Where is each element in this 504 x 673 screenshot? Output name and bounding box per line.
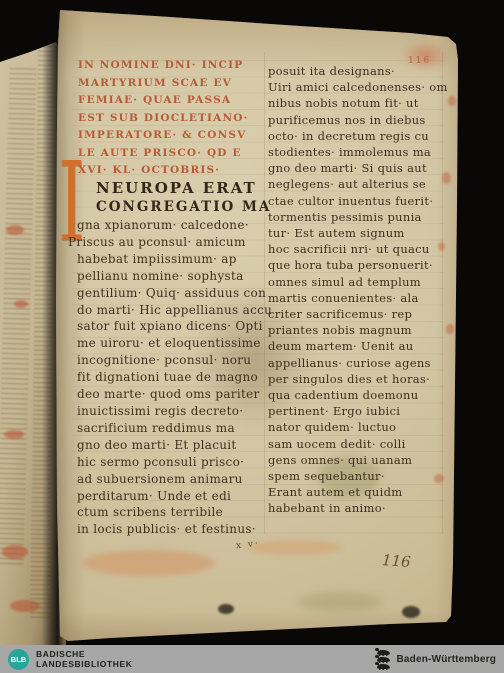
text-line: per singulos dies et horas·: [268, 371, 458, 387]
text-line: inuictissimi regis decreto·: [77, 403, 267, 420]
text-line: habebant in animo·: [268, 500, 458, 516]
right-text-column: posuit ita designans· Uiri amici calcedo…: [268, 63, 458, 517]
text-line: sator fuit xpiano dicens· Opti: [77, 318, 267, 335]
baden-wuerttemberg-lions-icon: [377, 650, 390, 669]
stain: [298, 592, 382, 612]
display-line: NEUROPA ERAT: [96, 179, 271, 198]
red-annotation-mark: [2, 545, 28, 559]
text-line: que hora tuba personuerit·: [268, 257, 458, 273]
text-line: fit dignationi tuae de magno: [77, 369, 267, 386]
text-line: pellianu nomine· sophysta: [77, 268, 267, 285]
text-line: martis conuenientes· ala: [268, 290, 458, 306]
red-annotation-mark: [14, 300, 28, 308]
text-line: pertinent· Ergo iubici: [268, 403, 458, 419]
dark-mark: [218, 604, 234, 614]
text-line: sacrificium reddimus ma: [77, 420, 267, 437]
folio-number-bottom: 116: [381, 551, 411, 571]
text-line: ctum scribens terribile: [77, 504, 267, 521]
manuscript-photo: IN NOMINE DNI· INCIP MARTYRIUM SCAE EV F…: [0, 0, 504, 673]
text-line: stodientes· immolemus ma: [268, 144, 458, 160]
text-line: perditarum· Unde et edi: [77, 488, 267, 505]
text-line: tormentis pessimis punia: [268, 209, 458, 225]
footer-bar: BLB BADISCHE LANDESBIBLIOTHEK Baden-Würt…: [0, 645, 504, 673]
rubric-block: IN NOMINE DNI· INCIP MARTYRIUM SCAE EV F…: [78, 57, 249, 180]
lion-icon: [377, 664, 390, 669]
text-line: incognitione· pconsul· noru: [77, 352, 267, 369]
text-line: gentilium· Quiq· assiduus con: [77, 285, 267, 302]
text-line: spem sequebantur·: [268, 468, 458, 484]
manuscript-page: IN NOMINE DNI· INCIP MARTYRIUM SCAE EV F…: [50, 4, 464, 644]
text-line: me uiroru· et eloquentissime: [77, 335, 267, 352]
text-line: Uiri amici calcedonenses· om: [268, 79, 458, 95]
stain: [248, 540, 342, 555]
dark-mark: [402, 606, 420, 618]
rubric-line: IN NOMINE DNI· INCIP: [78, 57, 249, 75]
library-name-line1: BADISCHE: [36, 649, 133, 659]
text-line: priantes nobis magnum: [268, 322, 458, 338]
text-line: deum martem· Uenit au: [268, 338, 458, 354]
rubric-line: LE AUTE PRISCO· QD E: [78, 145, 249, 163]
text-line: habebat impiissimum· ap: [77, 251, 267, 268]
text-line: octo· in decretum regis cu: [268, 128, 458, 144]
rubric-line: XVI· KL· OCTOBRIS·: [78, 162, 249, 180]
text-line: do marti· Hic appellianus accu: [77, 302, 267, 319]
folio-number-top: 116: [408, 56, 431, 66]
stain: [83, 550, 215, 576]
display-capitals: NEUROPA ERAT CONGREGATIO MA: [96, 179, 271, 217]
text-line: nator quidem· luctuo: [268, 419, 458, 435]
text-line: purificemus nos in diebus: [268, 112, 458, 128]
state-name: Baden-Württemberg: [396, 654, 496, 665]
page-shading: [50, 610, 464, 644]
text-line: appellianus· curiose agens: [268, 355, 458, 371]
text-line: Priscus au pconsul· amicum: [77, 234, 267, 251]
rubric-line: MARTYRIUM SCAE EV: [78, 75, 249, 93]
text-line: Erant autem et quidm: [268, 484, 458, 500]
text-line: hoc sacrificii nri· ut quacu: [268, 241, 458, 257]
red-annotation-mark: [4, 430, 24, 439]
text-line: gno deo marti· Si quis aut: [268, 160, 458, 176]
text-line: hic sermo pconsuli prisco·: [77, 454, 267, 471]
text-line: ad subuersionem animaru: [77, 471, 267, 488]
lion-icon: [377, 657, 390, 662]
library-branding: BLB BADISCHE LANDESBIBLIOTHEK: [8, 649, 133, 670]
text-line: criter sacrificemus· rep: [268, 306, 458, 322]
text-line: sam uocem dedit· colli: [268, 436, 458, 452]
blb-logo-icon: BLB: [8, 649, 29, 670]
red-annotation-mark: [10, 600, 40, 612]
text-line: deo marte· quod oms pariter: [77, 386, 267, 403]
text-line: neglegens· aut alterius se: [268, 176, 458, 192]
red-annotation-mark: [6, 225, 24, 235]
text-line: in locis publicis· et festinus·: [77, 521, 267, 538]
rubric-line: IMPERATORE· & CONSV: [78, 127, 249, 145]
text-line: gna xpianorum· calcedone·: [77, 217, 267, 234]
rubric-line: EST SUB DIOCLETIANO·: [78, 110, 249, 128]
text-line: omnes simul ad templum: [268, 274, 458, 290]
text-line: gno deo marti· Et placuit: [77, 437, 267, 454]
text-line: qua cadentium doemonu: [268, 387, 458, 403]
text-line: ctae cultor inuentus fuerit·: [268, 193, 458, 209]
lion-icon: [377, 650, 390, 655]
text-line: gens omnes· qui uanam: [268, 452, 458, 468]
text-line: nibus nobis notum fit· ut: [268, 95, 458, 111]
text-line: tur· Est autem signum: [268, 225, 458, 241]
library-name: BADISCHE LANDESBIBLIOTHEK: [36, 649, 133, 669]
state-branding: Baden-Württemberg: [377, 650, 496, 669]
rubric-line: FEMIAE· QUAE PASSA: [78, 92, 249, 110]
left-text-column: gna xpianorum· calcedone· Priscus au pco…: [77, 217, 267, 538]
library-name-line2: LANDESBIBLIOTHEK: [36, 659, 133, 669]
display-line: CONGREGATIO MA: [96, 198, 271, 217]
